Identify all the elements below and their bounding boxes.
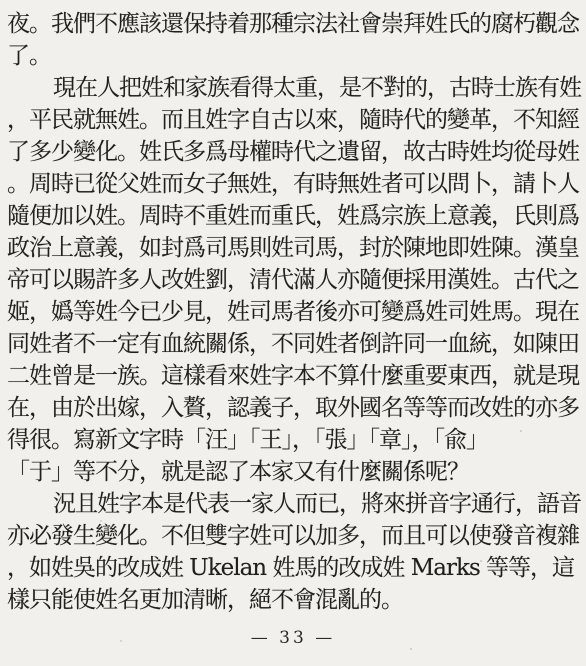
text-line: 亦必發生變化。不但雙字姓可以加多，而且可以使發音複雜 [7,520,581,552]
text-line: 了。 [7,40,581,72]
page-number: — 33 — [0,628,586,648]
text-line: 姬，嬀等姓今已少見，姓司馬者後亦可變爲姓司姓馬。現在 [7,296,581,328]
text-line: 同姓者不一定有血統關係，不同姓者倒許同一血統，如陳田 [7,328,581,360]
text-line: 帝可以賜許多人改姓劉，清代滿人亦隨便採用漢姓。古代之 [7,264,581,296]
text-line: 夜。我們不應該還保持着那種宗法社會崇拜姓氏的腐朽觀念 [7,8,581,40]
text-line-paragraph-start: 現在人把姓和家族看得太重，是不對的，古時士族有姓 [7,72,581,104]
text-line: 了多少變化。姓氏多爲母權時代之遺留，故古時姓均從母姓 [7,136,581,168]
text-line: 「于」等不分，就是認了本家又有什麼關係呢？ [7,456,581,488]
scan-noise-speckles [0,0,2,2]
text-line: 二姓曾是一族。這樣看來姓字本不算什麼重要東西，就是現 [7,360,581,392]
text-line: 政治上意義，如封爲司馬則姓司馬，封於陳地即姓陳。漢皇 [7,232,581,264]
text-line-paragraph-start: 況且姓字本是代表一家人而已，將來拼音字通行，語音 [7,488,581,520]
text-line: 。周時已從父姓而女子無姓，有時無姓者可以問卜，請卜人 [7,168,581,200]
text-line: 樣只能使姓名更加清晰，絕不會混亂的。 [7,584,581,616]
text-line: ，平民就無姓。而且姓字自古以來，隨時代的變革，不知經 [7,104,581,136]
text-line: ，如姓吳的改成姓 Ukelan 姓馬的改成姓 Marks 等等，這 [7,552,581,584]
book-page: 夜。我們不應該還保持着那種宗法社會崇拜姓氏的腐朽觀念 了。 現在人把姓和家族看得… [0,0,586,666]
text-line: 在，由於出嫁，入贅，認義子，取外國名等等而改姓的亦多 [7,392,581,424]
text-block: 夜。我們不應該還保持着那種宗法社會崇拜姓氏的腐朽觀念 了。 現在人把姓和家族看得… [7,8,581,616]
text-line: 得很。寫新文字時「汪」「王」，「張」「章」，「兪」 [7,424,581,456]
text-line: 隨便加以姓。周時不重姓而重氏，姓爲宗族上意義，氏則爲 [7,200,581,232]
